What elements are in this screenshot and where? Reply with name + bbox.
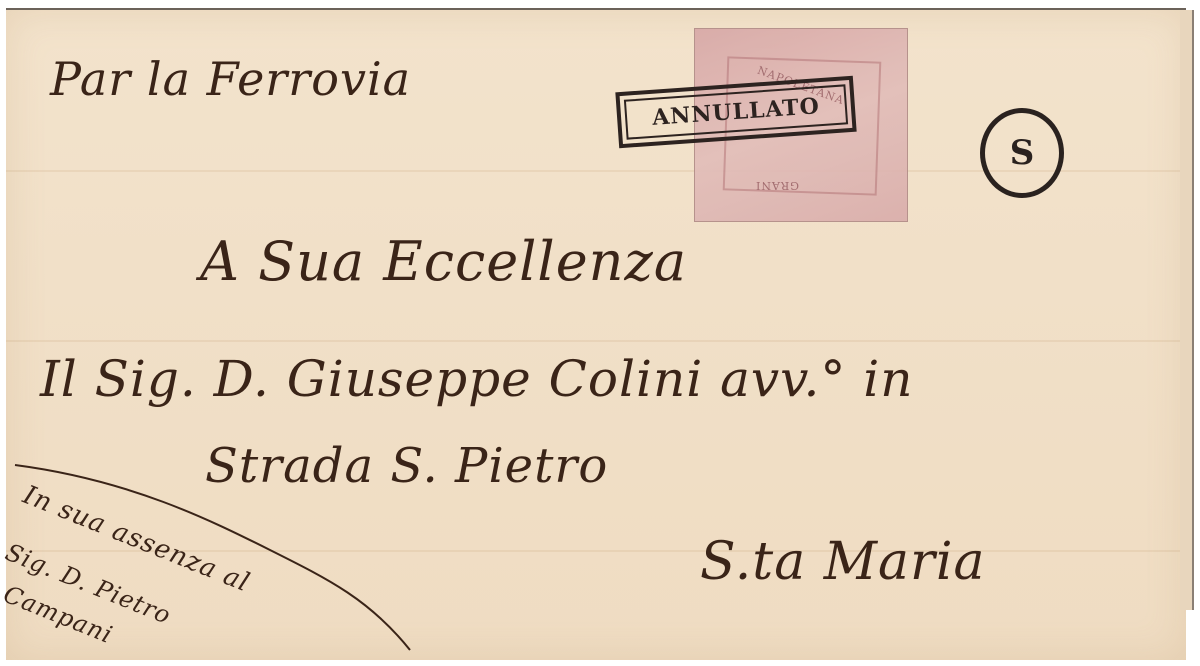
cancel-text: ANNULLATO xyxy=(624,84,848,139)
postmark-glyph: S xyxy=(1010,133,1035,173)
address-line-1: A Sua Eccellenza xyxy=(200,230,687,293)
address-line-2: Il Sig. D. Giuseppe Colini avv.° in xyxy=(40,350,913,408)
cover-side-flap xyxy=(1180,10,1194,610)
stamp-bottom-text: GRANI xyxy=(755,179,799,192)
paper-fold xyxy=(6,340,1186,342)
circular-postmark: S xyxy=(980,108,1064,198)
routing-note: Par la Ferrovia xyxy=(50,52,411,106)
address-line-4: S.ta Maria xyxy=(700,532,985,592)
